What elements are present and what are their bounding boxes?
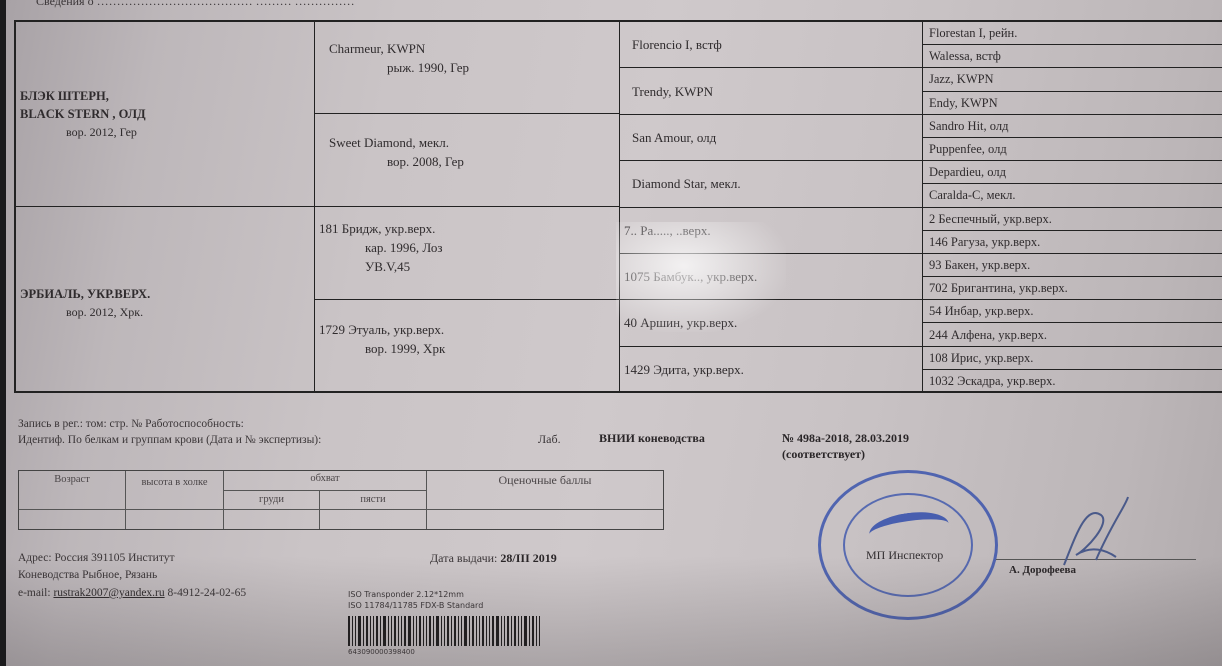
great-grandparent-cell: 1075 Бамбук.., укр.верх. [620, 254, 923, 300]
expertise-result: (соответствует) [782, 447, 865, 462]
great-great-grandparent-name: Walessa, встф [929, 48, 1001, 65]
great-great-grandparent-cell: 244 Алфена, укр.верх. [923, 323, 1222, 346]
address-line-2: Коневодства Рыбное, Рязань [18, 569, 157, 581]
great-great-grandparent-name: Depardieu, олд [929, 164, 1006, 181]
expertise-number: № 498а-2018, 28.03.2019 [782, 431, 909, 446]
great-great-grandparent-cell: Walessa, встф [923, 45, 1222, 68]
great-grandparent-cell: San Amour, олд [620, 115, 923, 161]
issue-date-label: Дата выдачи: [430, 551, 497, 565]
transponder-line-2: ISO 11784/11785 FDX-B Standard [348, 601, 483, 610]
official-stamp [818, 470, 998, 620]
great-grandparent-cell: 7.. Ра....., ..верх. [620, 208, 923, 254]
email-label: e-mail: [18, 587, 51, 599]
value-age [19, 510, 126, 529]
header-cannon: пясти [320, 491, 427, 510]
great-great-grandparent-cell: Depardieu, олд [923, 161, 1222, 184]
value-height [126, 510, 224, 529]
inspector-label: Инспектор [888, 548, 943, 562]
sire-sire-cell: Charmeur, KWPN рыж. 1990, Гер [315, 22, 620, 114]
dam-info: вор. 2012, Хрк. [66, 304, 143, 321]
signature-icon [1056, 495, 1136, 570]
great-great-grandparent-cell: Florestan I, рейн. [923, 22, 1222, 45]
sire-sire-name: Charmeur, KWPN [329, 40, 425, 57]
phone: 8-4912-24-02-65 [168, 587, 247, 599]
dam-sire-name: 181 Бридж, укр.верх. [319, 220, 435, 237]
great-grandparent-cell: 40 Аршин, укр.верх. [620, 300, 923, 346]
measurements-table: Возраст высота в холке обхват груди пяст… [18, 470, 664, 530]
great-great-grandparent-name: Sandro Hit, олд [929, 118, 1008, 135]
stamp-label: МП Инспектор [866, 548, 943, 563]
sire-dam-name: Sweet Diamond, мекл. [329, 134, 449, 151]
issue-date-row: Дата выдачи: 28/III 2019 [430, 551, 557, 566]
sire-name-ru: БЛЭК ШТЕРН, [20, 88, 109, 105]
sire-cell: БЛЭК ШТЕРН, BLACK STERN , ОЛД вор. 2012,… [16, 22, 315, 207]
address-line-1: Адрес: Россия 391105 Институт [18, 552, 175, 564]
header-chest: груди [224, 491, 320, 510]
dam-dam-cell: 1729 Этуаль, укр.верх. вор. 1999, Хрк [315, 300, 620, 393]
great-great-grandparent-cell: 2 Беспечный, укр.верх. [923, 208, 1222, 231]
barcode-number: 643090000398400 [348, 648, 415, 656]
great-great-grandparent-name: 54 Инбар, укр.верх. [929, 303, 1033, 320]
great-great-grandparent-name: 1032 Эскадра, укр.верх. [929, 373, 1055, 390]
pedigree-certificate: Сведения о ………………………………… ……… …………… БЛЭК … [6, 0, 1222, 666]
great-great-grandparent-cell: Caralda-C, мекл. [923, 184, 1222, 207]
dam-sire-info: кар. 1996, Лоз [365, 239, 443, 256]
value-cannon [320, 510, 427, 529]
inspector-name: А. Дорофеева [1009, 564, 1076, 576]
dam-name: ЭРБИАЛЬ, УКР.ВЕРХ. [20, 286, 150, 303]
dam-sire-cell: 181 Бридж, укр.верх. кар. 1996, Лоз УВ.V… [315, 207, 620, 300]
great-great-grandparent-cell: Jazz, KWPN [923, 68, 1222, 91]
dam-sire-extra: УВ.V,45 [365, 258, 410, 275]
value-chest [224, 510, 320, 529]
great-great-grandparent-cell: 146 Рагуза, укр.верх. [923, 231, 1222, 254]
great-grandparent-cell: Florencio I, встф [620, 22, 923, 68]
great-great-grandparent-cell: Endy, KWPN [923, 92, 1222, 115]
great-great-grandparent-name: 2 Беспечный, укр.верх. [929, 211, 1052, 228]
great-great-grandparent-name: 146 Рагуза, укр.верх. [929, 234, 1040, 251]
sire-info: вор. 2012, Гер [66, 124, 137, 141]
header-age: Возраст [19, 471, 126, 510]
sire-sire-info: рыж. 1990, Гер [387, 59, 469, 76]
great-grandparent-name: Diamond Star, мекл. [632, 175, 741, 192]
mp-label: МП [866, 548, 885, 562]
great-great-grandparent-name: 702 Бригантина, укр.верх. [929, 280, 1068, 297]
sire-dam-info: вор. 2008, Гер [387, 153, 464, 170]
dam-dam-name: 1729 Этуаль, укр.верх. [319, 321, 444, 338]
lab-name: ВНИИ коневодства [599, 431, 705, 446]
great-great-grandparent-name: Puppenfee, олд [929, 141, 1007, 158]
great-great-grandparent-name: 108 Ирис, укр.верх. [929, 350, 1033, 367]
great-grandparent-name: Trendy, KWPN [632, 83, 713, 100]
sire-name-en: BLACK STERN , ОЛД [20, 106, 146, 123]
email-link[interactable]: rustrak2007@yandex.ru [53, 587, 164, 599]
great-great-grandparent-name: Caralda-C, мекл. [929, 187, 1016, 204]
great-great-grandparent-name: Florestan I, рейн. [929, 25, 1017, 42]
value-scores [427, 510, 663, 529]
header-girth: обхват [224, 471, 427, 491]
great-great-grandparent-name: 93 Бакен, укр.верх. [929, 257, 1030, 274]
dam-dam-info: вор. 1999, Хрк [365, 340, 445, 357]
contact-line: e-mail: rustrak2007@yandex.ru 8-4912-24-… [18, 587, 246, 599]
great-great-grandparent-cell: 1032 Эскадра, укр.верх. [923, 370, 1222, 393]
great-great-grandparent-cell: Sandro Hit, олд [923, 115, 1222, 138]
issue-date: 28/III 2019 [500, 551, 556, 565]
great-grandparent-cell: Diamond Star, мекл. [620, 161, 923, 207]
great-great-grandparent-name: 244 Алфена, укр.верх. [929, 327, 1047, 344]
great-grandparent-name: 1075 Бамбук.., укр.верх. [624, 268, 757, 285]
great-grandparent-cell: 1429 Эдита, укр.верх. [620, 347, 923, 393]
great-grandparent-name: San Amour, олд [632, 129, 716, 146]
great-grandparent-name: 40 Аршин, укр.верх. [624, 314, 737, 331]
dam-cell: ЭРБИАЛЬ, УКР.ВЕРХ. вор. 2012, Хрк. [16, 207, 315, 393]
transponder-line-1: ISO Transponder 2.12*12mm [348, 590, 464, 599]
great-great-grandparent-name: Jazz, KWPN [929, 71, 994, 88]
great-grandparent-name: Florencio I, встф [632, 36, 722, 53]
header-scores: Оценочные баллы [427, 471, 663, 510]
great-great-grandparent-cell: Puppenfee, олд [923, 138, 1222, 161]
sire-dam-cell: Sweet Diamond, мекл. вор. 2008, Гер [315, 114, 620, 207]
great-great-grandparent-cell: 54 Инбар, укр.верх. [923, 300, 1222, 323]
great-grandparent-name: 1429 Эдита, укр.верх. [624, 361, 744, 378]
registry-line: Запись в рег.: том: стр. № Работоспособн… [18, 418, 244, 430]
great-great-grandparent-cell: 93 Бакен, укр.верх. [923, 254, 1222, 277]
barcode [348, 616, 608, 646]
identification-line: Идентиф. По белкам и группам крови (Дата… [18, 434, 321, 446]
pedigree-table: БЛЭК ШТЕРН, BLACK STERN , ОЛД вор. 2012,… [14, 20, 1222, 393]
lab-label: Лаб. [538, 432, 561, 447]
great-great-grandparent-name: Endy, KWPN [929, 95, 998, 112]
cut-off-heading: Сведения о ………………………………… ……… …………… [36, 0, 355, 9]
header-height: высота в холке [126, 471, 224, 510]
great-great-grandparent-cell: 108 Ирис, укр.верх. [923, 347, 1222, 370]
great-grandparent-cell: Trendy, KWPN [620, 68, 923, 114]
great-grandparent-name: 7.. Ра....., ..верх. [624, 222, 711, 239]
great-great-grandparent-cell: 702 Бригантина, укр.верх. [923, 277, 1222, 300]
